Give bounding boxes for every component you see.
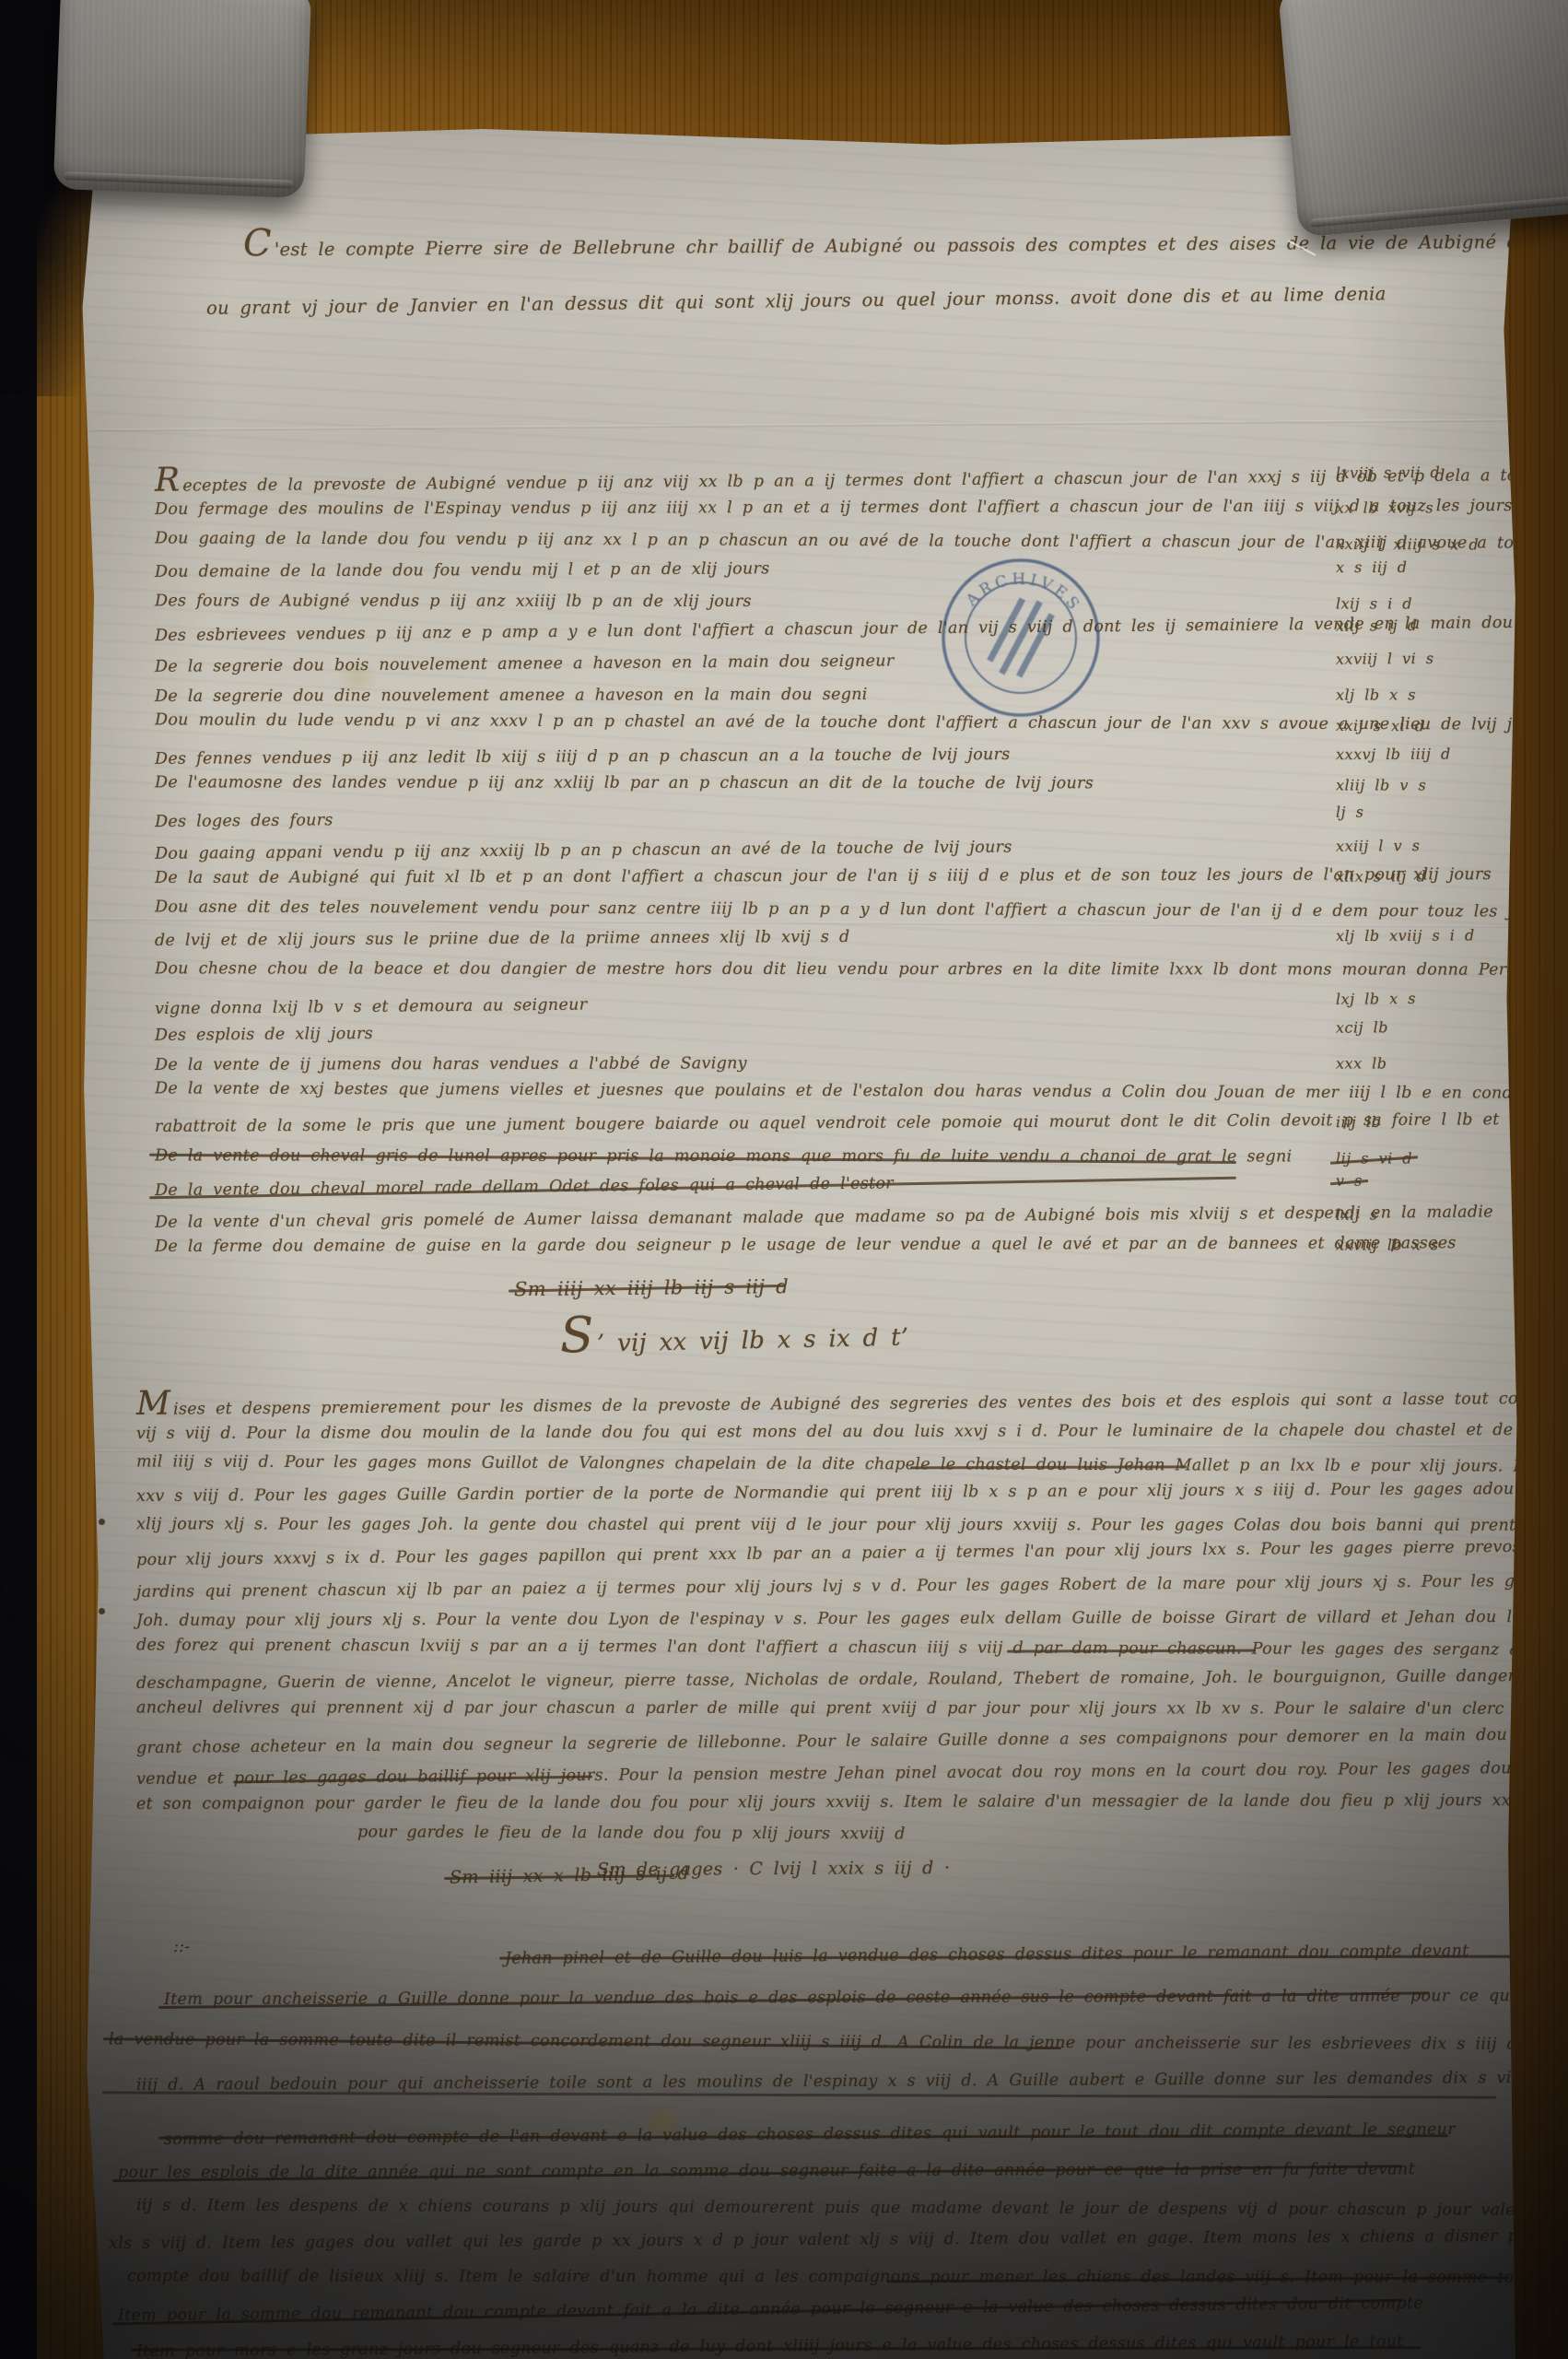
expense-line: pour xlij jours xxxvj s ix d. Pour les g… bbox=[136, 1538, 1518, 1569]
expense-line-text: Joh. dumay pour xlij jours xlj s. Pour l… bbox=[136, 1608, 1518, 1630]
grand-total-text: ’ vij xx vij lb x s ix d t’ bbox=[597, 1324, 909, 1358]
expense-line-text: jardins qui prenent chascun xij lb par a… bbox=[136, 1571, 1518, 1601]
receipt-line-text: Dou asne dit des teles nouvelement vendu… bbox=[155, 898, 1518, 921]
expense-line-text: xxv s viij d. Pour les gages Guille Gard… bbox=[136, 1479, 1518, 1506]
expense-line-text: pour gardes le fieu de la lande dou fou … bbox=[357, 1824, 906, 1844]
expense-line-text: pour xlij jours xxxvj s ix d. Pour les g… bbox=[136, 1537, 1518, 1569]
receipt-line: Dou demaine de la lande dou fou vendu mi… bbox=[155, 556, 1518, 581]
fabric-hem bbox=[64, 171, 294, 189]
receipt-line-text: De la vente de ij jumens dou haras vendu… bbox=[155, 1054, 747, 1074]
receipt-line-text: Des fennes vendues p iij anz ledit lb xi… bbox=[155, 745, 1011, 769]
receipt-line: Dou gaaing de la lande dou fou vendu p i… bbox=[155, 529, 1518, 552]
expense-line-text: ancheul delivres qui prennent xij d par … bbox=[136, 1698, 1518, 1719]
receipt-line-text: De la segrerie dou dine nouvelement amen… bbox=[155, 686, 868, 706]
receipt-line: Dou asne dit des teles nouvelement vendu… bbox=[155, 898, 1518, 921]
receipt-line: De la vente de xxj bestes que jumens vie… bbox=[155, 1079, 1518, 1102]
heading-line-text: ou grant vj jour de Janvier en l'an dess… bbox=[206, 283, 1387, 319]
receipt-line-text: De la ferme dou demaine de guise en la g… bbox=[155, 1234, 1457, 1256]
expense-line: xlij jours xlj s. Pour les gages Joh. la… bbox=[136, 1516, 1518, 1535]
margin-amount: x s iij d bbox=[1336, 558, 1408, 576]
expense-line: jardins qui prenent chascun xij lb par a… bbox=[136, 1572, 1518, 1602]
margin-dot bbox=[99, 1519, 105, 1525]
expense-line: deschampagne, Guerin de vienne, Ancelot … bbox=[136, 1667, 1518, 1693]
margin-amount: xiij s ij d bbox=[1336, 616, 1418, 635]
expense-line: ancheul delivres qui prennent xij d par … bbox=[136, 1698, 1518, 1718]
receipt-line: De la segrerie dou bois nouvelement amen… bbox=[155, 648, 1518, 677]
expense-line-text: ises et despens premierement pour les di… bbox=[173, 1388, 1518, 1418]
margin-amount: xxiij l xiiij s x d bbox=[1336, 535, 1479, 554]
receipt-line-text: Des fours de Aubigné vendus p iij anz xx… bbox=[155, 592, 752, 611]
receipt-line-text: Des loges des fours bbox=[155, 812, 333, 832]
bottom-line: pour les esplois de la dite année qui ne… bbox=[118, 2160, 1500, 2182]
margin-amount: xxxvj lb iiij d bbox=[1336, 745, 1451, 763]
expense-line-text: et son compaignon pour garder le fieu de… bbox=[136, 1791, 1518, 1813]
receipt-line-text: rabattroit de la some le pris que une ju… bbox=[155, 1110, 1518, 1136]
expense-line: des forez qui prenent chascun lxviij s p… bbox=[136, 1636, 1518, 1659]
receipt-line-text: Dou gaaing de la lande dou fou vendu p i… bbox=[155, 529, 1518, 553]
receipt-line: Des loges des fourslj s bbox=[155, 800, 1518, 831]
margin-amount: v s bbox=[1336, 1172, 1363, 1190]
receipt-line: De la vente de ij jumens dou haras vendu… bbox=[155, 1052, 1518, 1074]
receipt-line: Des fennes vendues p iij anz ledit lb xi… bbox=[155, 743, 1518, 769]
receipt-line: De l'eaumosne des landes vendue p iij an… bbox=[155, 773, 1518, 792]
receipt-line-text: De la saut de Aubigné qui fuit xl lb et … bbox=[155, 865, 1492, 887]
fabric-weight-right bbox=[1278, 0, 1568, 238]
margin-amount: xcij lb bbox=[1336, 1018, 1388, 1036]
receipt-line: Dou moulin du lude vendu p vi anz xxxv l… bbox=[155, 711, 1518, 734]
fabric-weight-left bbox=[53, 0, 312, 198]
receipt-line-text: de lvij et de xlij jours sus le priine d… bbox=[155, 928, 850, 950]
expense-line: vendue et pour les gages dou baillif pou… bbox=[136, 1759, 1518, 1789]
receipt-line: Des esbrievees vendues p iij anz e p amp… bbox=[155, 614, 1518, 645]
receipt-line-text: Dou chesne chou de la beace et dou dangi… bbox=[155, 960, 1518, 980]
bottom-line: Item pour la somme dou remanant dou comp… bbox=[118, 2294, 1500, 2325]
gages-sum: Sm de gages · C lvij l xxix s iij d · bbox=[597, 1858, 984, 1880]
expense-line-text: xlij jours xlj s. Pour les gages Joh. la… bbox=[136, 1516, 1518, 1535]
bottom-line: iij s d. Item les despens de x chiens co… bbox=[136, 2196, 1518, 2219]
bottom-line: compte dou baillif de lisieux xliij s. I… bbox=[127, 2267, 1509, 2286]
gages-sum-text: Sm de gages · C lvij l xxix s iij d · bbox=[597, 1858, 950, 1880]
cancelled-line: Item pour ancheisserie a Guille donne po… bbox=[164, 1987, 1518, 2009]
receipt-line: Dou fermage des moulins de l'Espinay ven… bbox=[155, 497, 1518, 519]
cancelled-line-text: iiij d. A raoul bedouin pour qui ancheis… bbox=[136, 2068, 1518, 2095]
receipt-line: Dou chesne chou de la beace et dou dangi… bbox=[155, 960, 1518, 980]
bottom-line-text: xls s viij d. Item les gages dou vallet … bbox=[109, 2226, 1518, 2253]
decorated-initial: S bbox=[559, 1307, 594, 1365]
margin-amount: lxj lb x s bbox=[1336, 990, 1416, 1008]
receipt-line-text: De la vente de xxj bestes que jumens vie… bbox=[155, 1079, 1518, 1103]
receipt-line-text: De la segrerie dou bois nouvelement amen… bbox=[155, 652, 895, 676]
receipt-line: De la saut de Aubigné qui fuit xl lb et … bbox=[155, 865, 1518, 887]
manuscript-text-layer: C'est le compte Pierre sire de Bellebrun… bbox=[81, 129, 1518, 2359]
bottom-line: xls s viij d. Item les gages dou vallet … bbox=[109, 2227, 1491, 2253]
margin-amount: xlj lb xviij s i d bbox=[1336, 926, 1475, 945]
expense-line-text: vendue et pour les gages dou baillif pou… bbox=[136, 1758, 1518, 1790]
margin-amount: lxij s i d bbox=[1336, 594, 1412, 612]
margin-amount: xxx lb bbox=[1336, 1054, 1387, 1072]
cancelled-line: la vendue pour la somme toute dite il re… bbox=[109, 2030, 1491, 2053]
margin-amount: xxviij l vi s bbox=[1336, 650, 1434, 668]
receipt-line: Dou gaaing appani vendu p iij anz xxxiij… bbox=[155, 834, 1518, 863]
receipt-line-text: Dou demaine de la lande dou fou vendu mi… bbox=[155, 560, 770, 581]
sum-line-struck: Sm iiij xx iiij lb iij s iij d bbox=[514, 1274, 901, 1300]
receipt-line: Des esplois de xlij joursxcij lb bbox=[155, 1015, 1518, 1045]
margin-amount: lxij s bbox=[1336, 1205, 1378, 1223]
receipt-line: De la ferme dou demaine de guise en la g… bbox=[155, 1234, 1518, 1256]
bottom-line-text: iij s d. Item les despens de x chiens co… bbox=[136, 2196, 1518, 2219]
receipt-line-text: Dou moulin du lude vendu p vi anz xxxv l… bbox=[155, 711, 1518, 734]
cancelled-line: Jehan pinel et de Guille dou luis la ven… bbox=[505, 1939, 1518, 1968]
bottom-line-text: Item pour mors e les granz jours dou seg… bbox=[136, 2332, 1404, 2359]
expense-line-text: vij s viij d. Pour la disme dou moulin d… bbox=[136, 1420, 1518, 1442]
expense-line: xxv s viij d. Pour les gages Guille Gard… bbox=[136, 1480, 1518, 1506]
margin-amount: lj s bbox=[1336, 804, 1364, 821]
margin-amount: xlix s iij d bbox=[1336, 868, 1426, 886]
receipt-line: De la vente dou cheval morel rade dellam… bbox=[155, 1168, 1518, 1200]
receipt-line: De la vente d'un cheval gris pomelé de A… bbox=[155, 1203, 1518, 1232]
receipt-line: Des fours de Aubigné vendus p iij anz xx… bbox=[155, 592, 1518, 611]
receipt-line-text: Des esplois de xlij jours bbox=[155, 1025, 373, 1045]
margin-amount: xlj lb x s bbox=[1336, 686, 1416, 703]
receipt-line-text: De l'eaumosne des landes vendue p iij an… bbox=[155, 773, 1094, 792]
receipt-line: rabattroit de la some le pris que une ju… bbox=[155, 1111, 1518, 1137]
decorated-initial: M bbox=[136, 1385, 170, 1423]
margin-amount: xxij s xi d bbox=[1336, 717, 1425, 734]
expense-line-text: grant chose acheteur en la main dou segn… bbox=[136, 1724, 1518, 1757]
cancelled-line: iiij d. A raoul bedouin pour qui ancheis… bbox=[136, 2069, 1518, 2095]
receipt-line-text: Dou fermage des moulins de l'Espinay ven… bbox=[155, 497, 1518, 519]
expense-line-text: des forez qui prenent chascun lxviij s p… bbox=[136, 1636, 1518, 1660]
receipt-line-text: De la vente d'un cheval gris pomelé de A… bbox=[155, 1203, 1493, 1231]
expense-line: Joh. dumay pour xlij jours xlj s. Pour l… bbox=[136, 1608, 1518, 1630]
expense-line-text: mil iiij s viij d. Pour les gages mons G… bbox=[136, 1453, 1518, 1477]
parchment-document: ARCHIVES C'est le compte Pierre sire de … bbox=[81, 129, 1518, 2359]
margin-dot bbox=[99, 1608, 105, 1614]
decorated-initial: R bbox=[155, 462, 181, 499]
bottom-line: somme dou remanant dou compte de l'an de… bbox=[164, 2119, 1518, 2149]
receipt-line-text: vigne donna lxij lb v s et demoura au se… bbox=[155, 995, 587, 1018]
margin-amount: xliij lb v s bbox=[1336, 776, 1426, 793]
margin-amount: xx lb xvij s bbox=[1336, 499, 1433, 517]
receipt-line: de lvij et de xlij jours sus le priine d… bbox=[155, 924, 1518, 950]
margin-amount: iiij lb bbox=[1336, 1113, 1381, 1131]
expense-line: Mises et despens premierement pour les d… bbox=[136, 1384, 1518, 1419]
grand-total: S’ vij xx vij lb x s ix d t’ bbox=[560, 1313, 1040, 1359]
decorated-initial: C bbox=[243, 222, 272, 264]
receipt-line: De la segrerie dou dine nouvelement amen… bbox=[155, 684, 1518, 706]
heading-line: ou grant vj jour de Janvier en l'an dess… bbox=[206, 281, 1518, 319]
receipt-line-text: Des esbrievees vendues p iij anz e p amp… bbox=[155, 612, 1518, 645]
margin-amount: xxviij lb x s bbox=[1336, 1236, 1439, 1253]
manuscript-photo: ARCHIVES C'est le compte Pierre sire de … bbox=[0, 0, 1568, 2359]
receipt-line: Receptes de la prevoste de Aubigné vendu… bbox=[155, 461, 1518, 496]
margin-amount: lxviij s vij d bbox=[1336, 464, 1440, 482]
receipt-line-text: eceptes de la prevoste de Aubigné vendue… bbox=[182, 464, 1518, 495]
expense-line: vij s viij d. Pour la disme dou moulin d… bbox=[136, 1421, 1518, 1443]
receipt-line: De la vente dou cheval gris de lunel apr… bbox=[155, 1146, 1518, 1166]
margin-amount: xxiij l v s bbox=[1336, 837, 1421, 855]
expense-line: grant chose acheteur en la main dou segn… bbox=[136, 1725, 1518, 1756]
expense-line: pour gardes le fieu de la lande dou fou … bbox=[357, 1824, 1518, 1847]
expense-line-text: deschampagne, Guerin de vienne, Ancelot … bbox=[136, 1666, 1518, 1693]
receipt-line-text: Dou gaaing appani vendu p iij anz xxxiij… bbox=[155, 838, 1012, 863]
margin-amount: lij s vi d bbox=[1336, 1149, 1412, 1167]
bottom-line: Item pour mors e les granz jours dou seg… bbox=[136, 2331, 1518, 2359]
expense-line: mil iiij s viij d. Pour les gages mons G… bbox=[136, 1453, 1518, 1476]
expense-line: et son compaignon pour garder le fieu de… bbox=[136, 1791, 1518, 1813]
receipt-line: vigne donna lxij lb v s et demoura au se… bbox=[155, 987, 1518, 1018]
margin-mark: ::- bbox=[173, 1937, 190, 1956]
